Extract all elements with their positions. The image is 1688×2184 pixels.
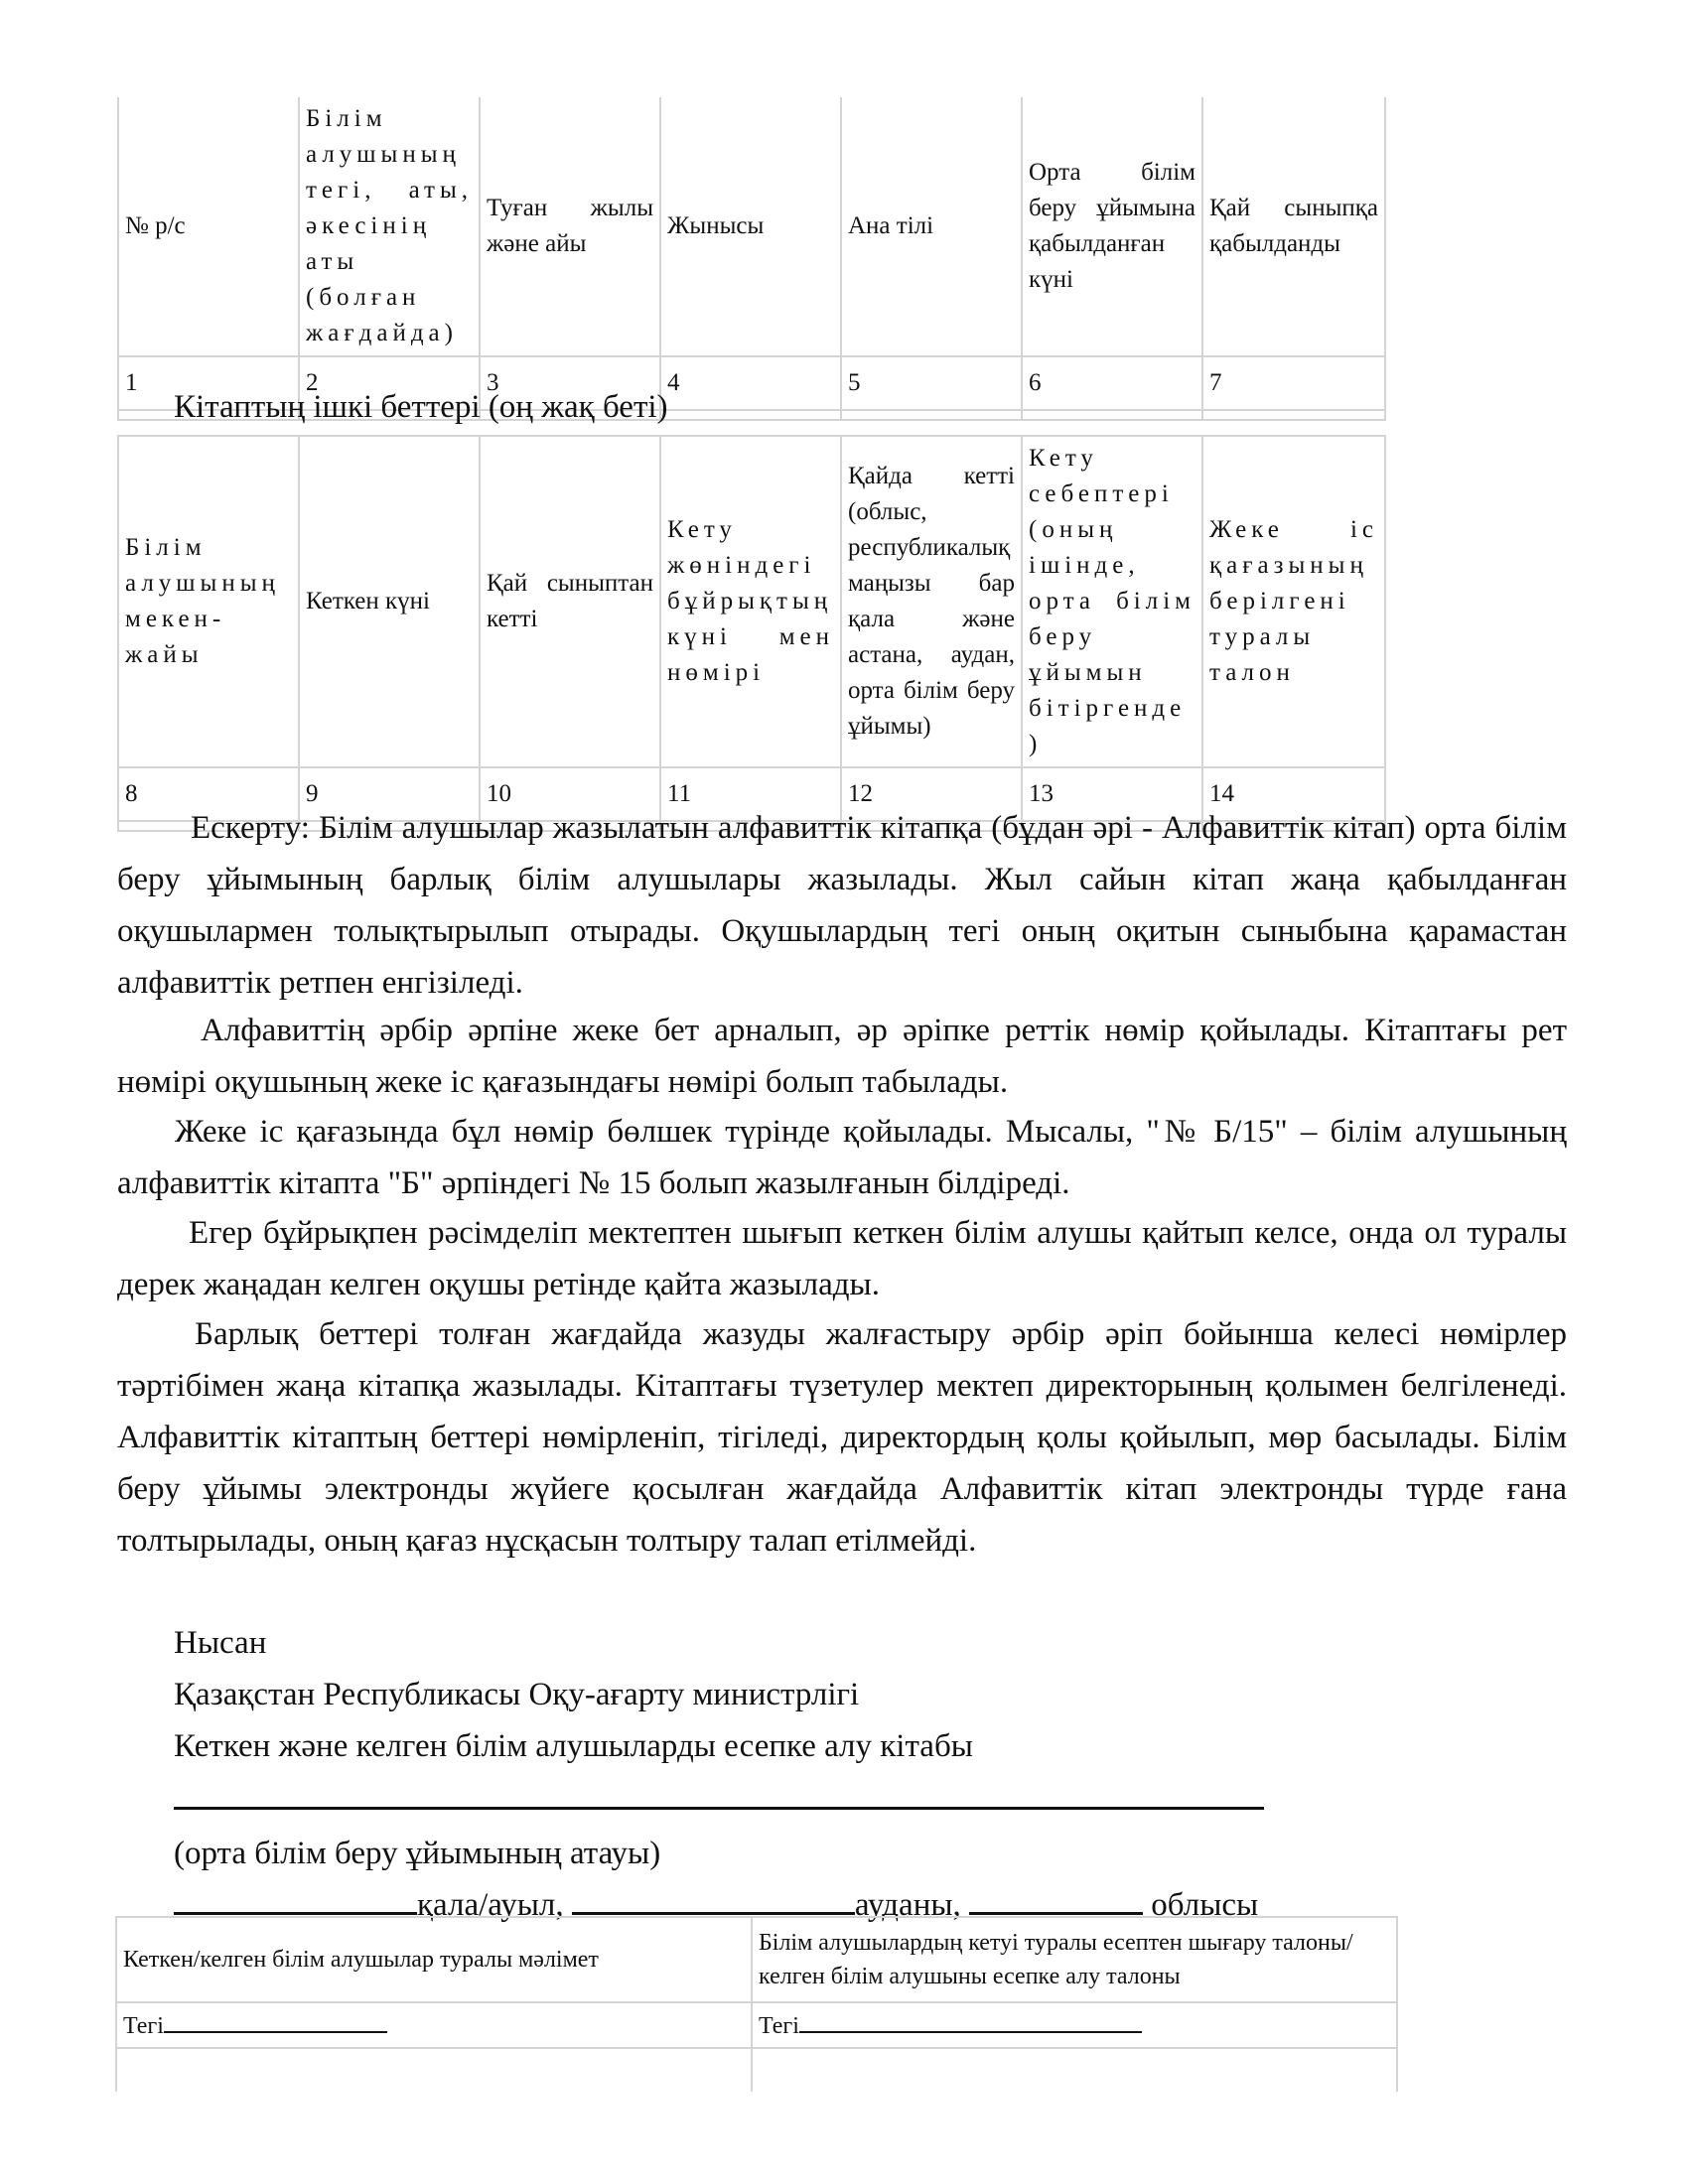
note-paragraph-1: Ескерту: Білім алушылар жазылатын алфави… xyxy=(117,802,1567,1009)
right-page-table: Білім алушының мекен-жайы Кеткен күні Қа… xyxy=(117,435,1386,832)
header-coupon: Білім алушылардың кетуі туралы есептен ш… xyxy=(752,1917,1397,2002)
note-text: Ескерту: Білім алушылар жазылатын алфави… xyxy=(117,810,1567,1001)
header-student-info: Кеткен/келген білім алушылар туралы мәлі… xyxy=(116,1917,752,2002)
org-name-caption: (орта білім беру ұйымының атауы) xyxy=(174,1829,660,1878)
note-text: Алфавиттің әрбір әрпіне жеке бет арналып… xyxy=(117,1013,1567,1100)
header-gender: Жынысы xyxy=(660,97,841,356)
header-order-date-number: Кету жөніндегі бұйрықтың күні мен нөмірі xyxy=(660,436,841,767)
note-text: Барлық беттері толған жағдайда жазуды жа… xyxy=(117,1316,1567,1559)
org-name-blank-line[interactable] xyxy=(174,1807,1264,1810)
header-departed-class: Қай сыныптан кетті xyxy=(480,436,660,767)
note-paragraph-4: Егер бұйрықпен рәсімделіп мектептен шығы… xyxy=(117,1207,1567,1310)
note-paragraph-3: Жеке іс қағазында бұл нөмір бөлшек түрін… xyxy=(117,1106,1567,1209)
surname-field-left: Тегі xyxy=(116,2002,752,2048)
column-number: 5 xyxy=(841,356,1022,410)
right-page-caption: Кітаптың ішкі беттері (оң жақ беті) xyxy=(174,389,668,426)
empty-cell xyxy=(752,2048,1397,2092)
note-paragraph-2: Алфавиттің әрбір әрпіне жеке бет арналып… xyxy=(117,1005,1567,1108)
header-birth-date: Туған жылы және айы xyxy=(480,97,660,356)
surname-blank-left[interactable] xyxy=(164,2007,387,2033)
empty-cell xyxy=(116,2048,752,2092)
header-file-issued-coupon: Жеке іс қағазының берілгені туралы талон xyxy=(1202,436,1385,767)
column-number: 7 xyxy=(1202,356,1385,410)
header-departure-date: Кеткен күні xyxy=(299,436,480,767)
header-admitted-class: Қай сыныпқа қабылданды xyxy=(1202,97,1385,356)
header-departure-reasons: Кету себептері (оның ішінде, орта білім … xyxy=(1022,436,1202,767)
city-blank[interactable] xyxy=(174,1882,417,1915)
note-paragraph-5: Барлық беттері толған жағдайда жазуды жа… xyxy=(117,1308,1567,1567)
region-blank[interactable] xyxy=(969,1882,1143,1915)
surname-blank-right[interactable] xyxy=(799,2007,1142,2033)
ministry-name: Қазақстан Республикасы Оқу-ағарту минист… xyxy=(174,1670,859,1719)
surname-field-right: Тегі xyxy=(752,2002,1397,2048)
surname-label: Тегі xyxy=(123,2013,164,2039)
column-number: 6 xyxy=(1022,356,1202,410)
header-student-name: Білім алушының тегі, аты, әкесінің аты (… xyxy=(299,97,480,356)
left-page-table: № р/с Білім алушының тегі, аты, әкесінің… xyxy=(117,97,1386,421)
header-student-address: Білім алушының мекен-жайы xyxy=(118,436,299,767)
surname-label: Тегі xyxy=(759,2013,799,2039)
form-table: Кеткен/келген білім алушылар туралы мәлі… xyxy=(115,1916,1398,2092)
header-native-language: Ана тілі xyxy=(841,97,1022,356)
column-number: 4 xyxy=(660,356,841,410)
note-text: Егер бұйрықпен рәсімделіп мектептен шығы… xyxy=(117,1215,1567,1302)
book-title: Кеткен және келген білім алушыларды есеп… xyxy=(174,1721,973,1771)
form-label: Нысан xyxy=(174,1618,266,1668)
header-destination: Қайда кетті (облыс, республикалық маңызы… xyxy=(841,436,1022,767)
note-text: Жеке іс қағазында бұл нөмір бөлшек түрін… xyxy=(117,1114,1567,1201)
district-blank[interactable] xyxy=(572,1882,855,1915)
header-number: № р/с xyxy=(118,97,299,356)
header-admission-date: Орта білім беру ұйымына қабылданған күні xyxy=(1022,97,1202,356)
